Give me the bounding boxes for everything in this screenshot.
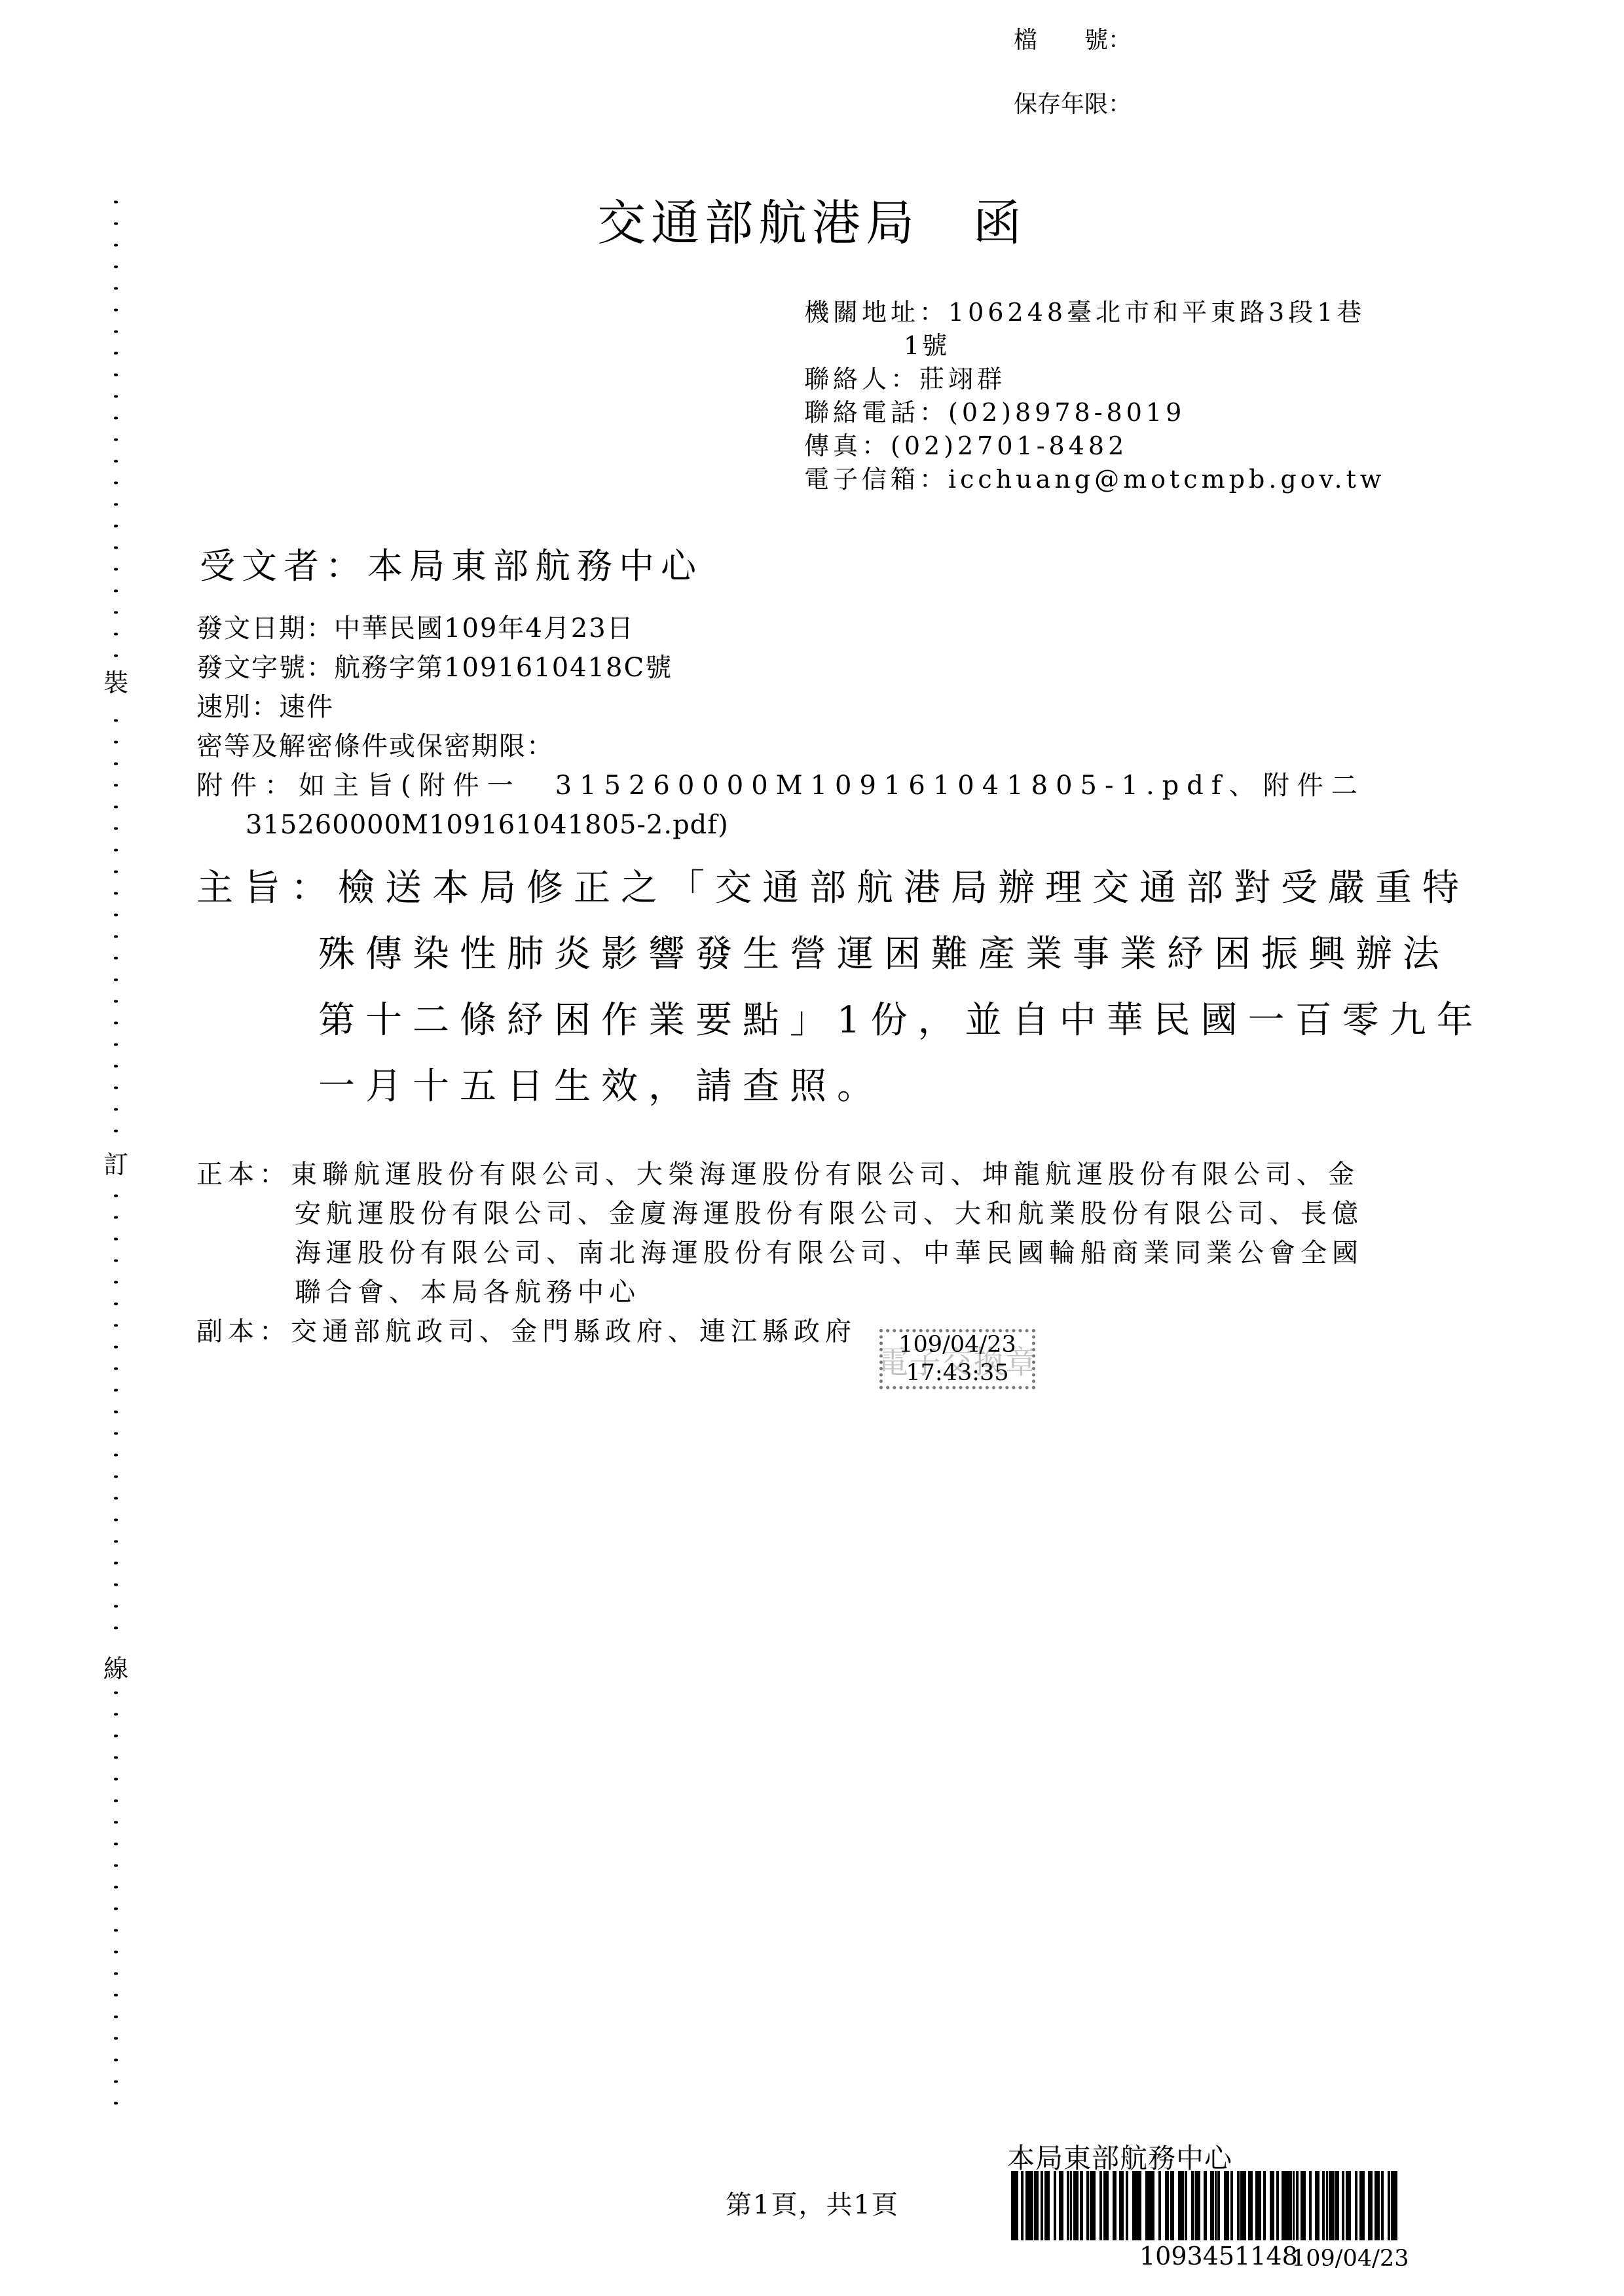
file-number-label: 檔 號：: [1014, 27, 1132, 54]
attachment-line-2: 315260000M109161041805-2.pdf): [246, 805, 1365, 845]
recipients-block: 正本：東聯航運股份有限公司、大榮海運股份有限公司、坤龍航運股份有限公司、金 安航…: [196, 1155, 1363, 1351]
security-class-line: 密等及解密條件或保密期限：: [196, 727, 1365, 766]
sender-address-line1: 機關地址：106248臺北市和平東路3段1巷: [804, 296, 1385, 329]
issue-date-line: 發文日期：中華民國109年4月23日: [196, 609, 1365, 648]
binding-mark-xian: 線: [103, 1643, 128, 1690]
subject-line-4: 一月十五日生效，請查照。: [318, 1053, 1484, 1120]
barcode: [1011, 2171, 1397, 2240]
sender-contact-line: 聯絡人：莊翊群: [804, 363, 1385, 396]
subject-line-3: 第十二條紓困作業要點」1份，並自中華民國一百零九年: [318, 987, 1484, 1053]
document-title: 交通部航港局 函: [0, 185, 1624, 254]
sender-address-line2: 1號: [804, 329, 1385, 363]
recipient-line: 受文者：本局東部航務中心: [200, 538, 703, 589]
subject-block: 主旨：檢送本局修正之「交通部航港局辦理交通部對受嚴重特 殊傳染性肺炎影響發生營運…: [196, 855, 1484, 1120]
original-recipients-line-1: 正本：東聯航運股份有限公司、大榮海運股份有限公司、坤龍航運股份有限公司、金: [196, 1155, 1363, 1194]
sender-fax-line: 傳真：(02)2701-8482: [804, 429, 1385, 463]
speed-class-line: 速別：速件: [196, 687, 1365, 727]
doc-number-line: 發文字號：航務字第1091610418C號: [196, 648, 1365, 687]
subject-line-2: 殊傳染性肺炎影響發生營運困難產業事業紓困振興辦法: [318, 921, 1484, 987]
stamp-date: 109/04/23: [883, 1331, 1032, 1359]
metadata-block: 發文日期：中華民國109年4月23日 發文字號：航務字第1091610418C號…: [196, 609, 1365, 845]
original-recipients-line-4: 聯合會、本局各航務中心: [295, 1273, 1363, 1312]
cc-recipients-line: 副本：交通部航政司、金門縣政府、連江縣政府: [196, 1312, 1363, 1351]
stamp-datetime: 109/04/23 17:43:35: [883, 1331, 1032, 1387]
footer-unit-name: 本局東部航務中心: [1007, 2137, 1232, 2176]
electronic-exchange-stamp: 電子交換章 109/04/23 17:43:35: [879, 1329, 1035, 1389]
retention-period-label: 保存年限：: [1014, 92, 1132, 118]
binding-mark-ding: 訂: [103, 1139, 128, 1186]
barcode-number: 1093451148: [1139, 2242, 1298, 2270]
original-recipients-line-2: 安航運股份有限公司、金廈海運股份有限公司、大和航業股份有限公司、長億: [295, 1194, 1363, 1233]
file-label-box: 檔 號： 保存年限：: [1014, 27, 1132, 156]
binding-mark-zhuang: 裝: [103, 657, 128, 704]
original-recipients-line-3: 海運股份有限公司、南北海運股份有限公司、中華民國輪船商業同業公會全國: [295, 1233, 1363, 1273]
barcode-date: 109/04/23: [1291, 2246, 1409, 2272]
attachment-line-1: 附件：如主旨(附件一 315260000M109161041805-1.pdf、…: [196, 766, 1365, 805]
official-letter-page: 檔 號： 保存年限： 交通部航港局 函 機關地址：106248臺北市和平東路3段…: [0, 0, 1624, 2296]
stamp-time: 17:43:35: [883, 1359, 1032, 1387]
sender-phone-line: 聯絡電話：(02)8978-8019: [804, 396, 1385, 429]
binding-dotted-line: 裝 訂 線: [112, 191, 120, 2119]
subject-line-1: 主旨：檢送本局修正之「交通部航港局辦理交通部對受嚴重特: [196, 855, 1484, 921]
sender-contact-block: 機關地址：106248臺北市和平東路3段1巷 1號 聯絡人：莊翊群 聯絡電話：(…: [804, 296, 1385, 496]
sender-email-line: 電子信箱：icchuang@motcmpb.gov.tw: [804, 463, 1385, 496]
footer-page-info: 第1頁，共1頁: [726, 2184, 899, 2221]
